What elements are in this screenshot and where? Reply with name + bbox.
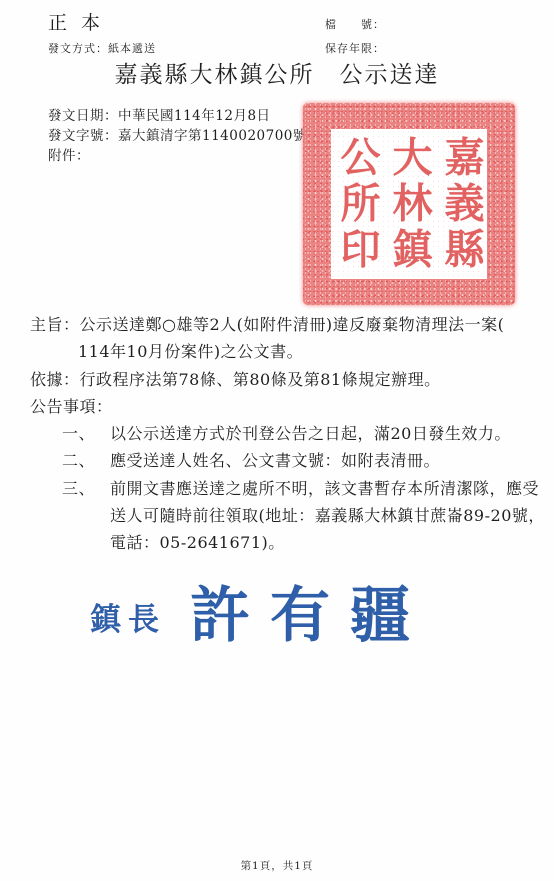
- page-number-footer: 第1頁，共1頁: [0, 858, 554, 873]
- seal-column-left: 公所印: [333, 135, 381, 273]
- page-title: 嘉義縣大林鎮公所 公示送達: [0, 56, 554, 89]
- item-3-text: 前開文書應送達之處所不明，該文書暫存本所清潔隊，應受: [110, 479, 539, 498]
- legal-basis-line: 依據：行政程序法第78條、第80條及第81條規定辦理。: [30, 366, 540, 393]
- issue-date: 發文日期：中華民國114年12月8日: [48, 106, 307, 126]
- file-number-label: 檔 號：: [325, 13, 385, 37]
- file-reference-block: 檔 號： 保存年限：: [325, 13, 385, 61]
- mayor-name-signature: 許有疆: [190, 568, 430, 664]
- official-notice-document: 正本 發文方式：紙本遞送 檔 號： 保存年限： 嘉義縣大林鎮公所 公示送達 發文…: [0, 0, 554, 881]
- announcement-item-3: 三、前開文書應送達之處所不明，該文書暫存本所清潔隊，應受: [30, 475, 540, 502]
- announcement-heading: 公告事項：: [30, 393, 540, 420]
- official-seal-text: 嘉義縣 大林鎮 公所印: [331, 129, 487, 279]
- mayor-signature-block: 鎮長 許有疆: [90, 568, 430, 664]
- copy-type-label: 正本: [48, 8, 114, 35]
- mayor-title: 鎮長: [90, 594, 166, 639]
- item-1-text: 以公示送達方式於刊登公告之日起，滿20日發生效力。: [110, 424, 511, 443]
- announcement-item-2: 二、應受送達人姓名、公文書文號：如附表清冊。: [30, 447, 540, 474]
- document-body: 主旨：公示送達鄭○雄等2人(如附件清冊)違反廢棄物清理法一案( 114年10月份…: [30, 311, 540, 557]
- delivery-method-label: 發文方式：紙本遞送: [48, 40, 156, 56]
- item-1-number: 一、: [62, 420, 110, 447]
- seal-column-right: 嘉義縣: [437, 135, 485, 273]
- doc-number: 發文字號：嘉大鎮清字第1140020700號: [48, 126, 307, 146]
- announcement-item-1: 一、以公示送達方式於刊登公告之日起，滿20日發生效力。: [30, 420, 540, 447]
- item-3-number: 三、: [62, 475, 110, 502]
- subject-text: 公示送達鄭○雄等2人(如附件清冊)違反廢棄物清理法一案(: [80, 315, 505, 334]
- announcement-item-3-continued: 送人可隨時前往領取(地址：嘉義縣大林鎮甘蔗崙89-20號，: [30, 502, 540, 529]
- subject-label: 主旨：: [30, 315, 80, 334]
- document-meta: 發文日期：中華民國114年12月8日 發文字號：嘉大鎮清字第1140020700…: [48, 106, 307, 166]
- subject-line-continued: 114年10月份案件)之公文書。: [30, 338, 540, 365]
- official-seal-stamp-icon: 嘉義縣 大林鎮 公所印: [303, 103, 515, 305]
- item-2-text: 應受送達人姓名、公文書文號：如附表清冊。: [110, 451, 440, 470]
- announcement-item-3-continued: 電話：05-2641671)。: [30, 529, 540, 556]
- item-2-number: 二、: [62, 447, 110, 474]
- seal-column-middle: 大林鎮: [385, 135, 433, 273]
- subject-line: 主旨：公示送達鄭○雄等2人(如附件清冊)違反廢棄物清理法一案(: [30, 311, 540, 338]
- attachment-label: 附件：: [48, 146, 307, 166]
